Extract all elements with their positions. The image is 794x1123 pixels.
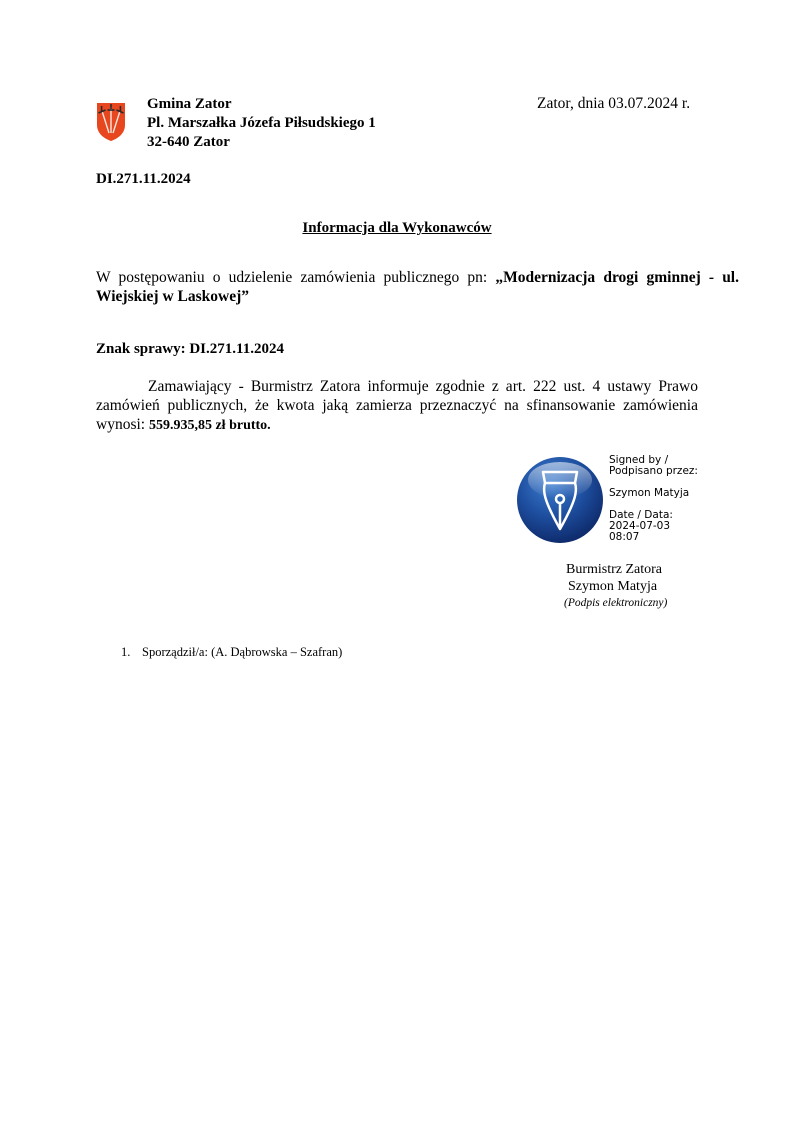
fountain-pen-nib-icon bbox=[516, 456, 604, 544]
case-mark: Znak sprawy: DI.271.11.2024 bbox=[96, 341, 284, 358]
signatory-role: Burmistrz Zatora bbox=[566, 561, 667, 578]
intro-text: W postępowaniu o udzielenie zamówienia p… bbox=[96, 269, 495, 286]
signed-by-label-pl: Podpisano przez: bbox=[609, 466, 698, 477]
document-reference: DI.271.11.2024 bbox=[96, 171, 191, 188]
signature-badge bbox=[516, 456, 604, 544]
intro-paragraph: W postępowaniu o udzielenie zamówienia p… bbox=[96, 268, 739, 306]
address-line: Pl. Marszałka Józefa Piłsudskiego 1 bbox=[147, 114, 376, 133]
signatory-note: (Podpis elektroniczny) bbox=[564, 595, 667, 612]
footnote: 1.Sporządził/a: (A. Dąbrowska – Szafran) bbox=[121, 645, 342, 660]
document-title: Informacja dla Wykonawców bbox=[0, 220, 794, 237]
footnote-number: 1. bbox=[121, 645, 142, 660]
sender-address: Gmina Zator Pl. Marszałka Józefa Piłsuds… bbox=[147, 95, 376, 152]
signature-time: 08:07 bbox=[609, 532, 698, 543]
postal-line: 32-640 Zator bbox=[147, 133, 376, 152]
amount: 559.935,85 zł brutto. bbox=[149, 418, 271, 433]
signer-name: Szymon Matyja bbox=[609, 488, 698, 499]
place-date: Zator, dnia 03.07.2024 r. bbox=[537, 95, 690, 113]
signature-details: Signed by / Podpisano przez: Szymon Maty… bbox=[609, 455, 698, 543]
signatory: Burmistrz Zatora Szymon Matyja (Podpis e… bbox=[566, 561, 667, 612]
coat-of-arms-icon bbox=[96, 101, 126, 141]
org-name: Gmina Zator bbox=[147, 95, 376, 114]
coat-of-arms-logo bbox=[96, 101, 126, 141]
signatory-name: Szymon Matyja bbox=[566, 578, 667, 595]
footnote-text: Sporządził/a: (A. Dąbrowska – Szafran) bbox=[142, 645, 342, 659]
body-paragraph: Zamawiający - Burmistrz Zatora informuje… bbox=[96, 377, 698, 435]
